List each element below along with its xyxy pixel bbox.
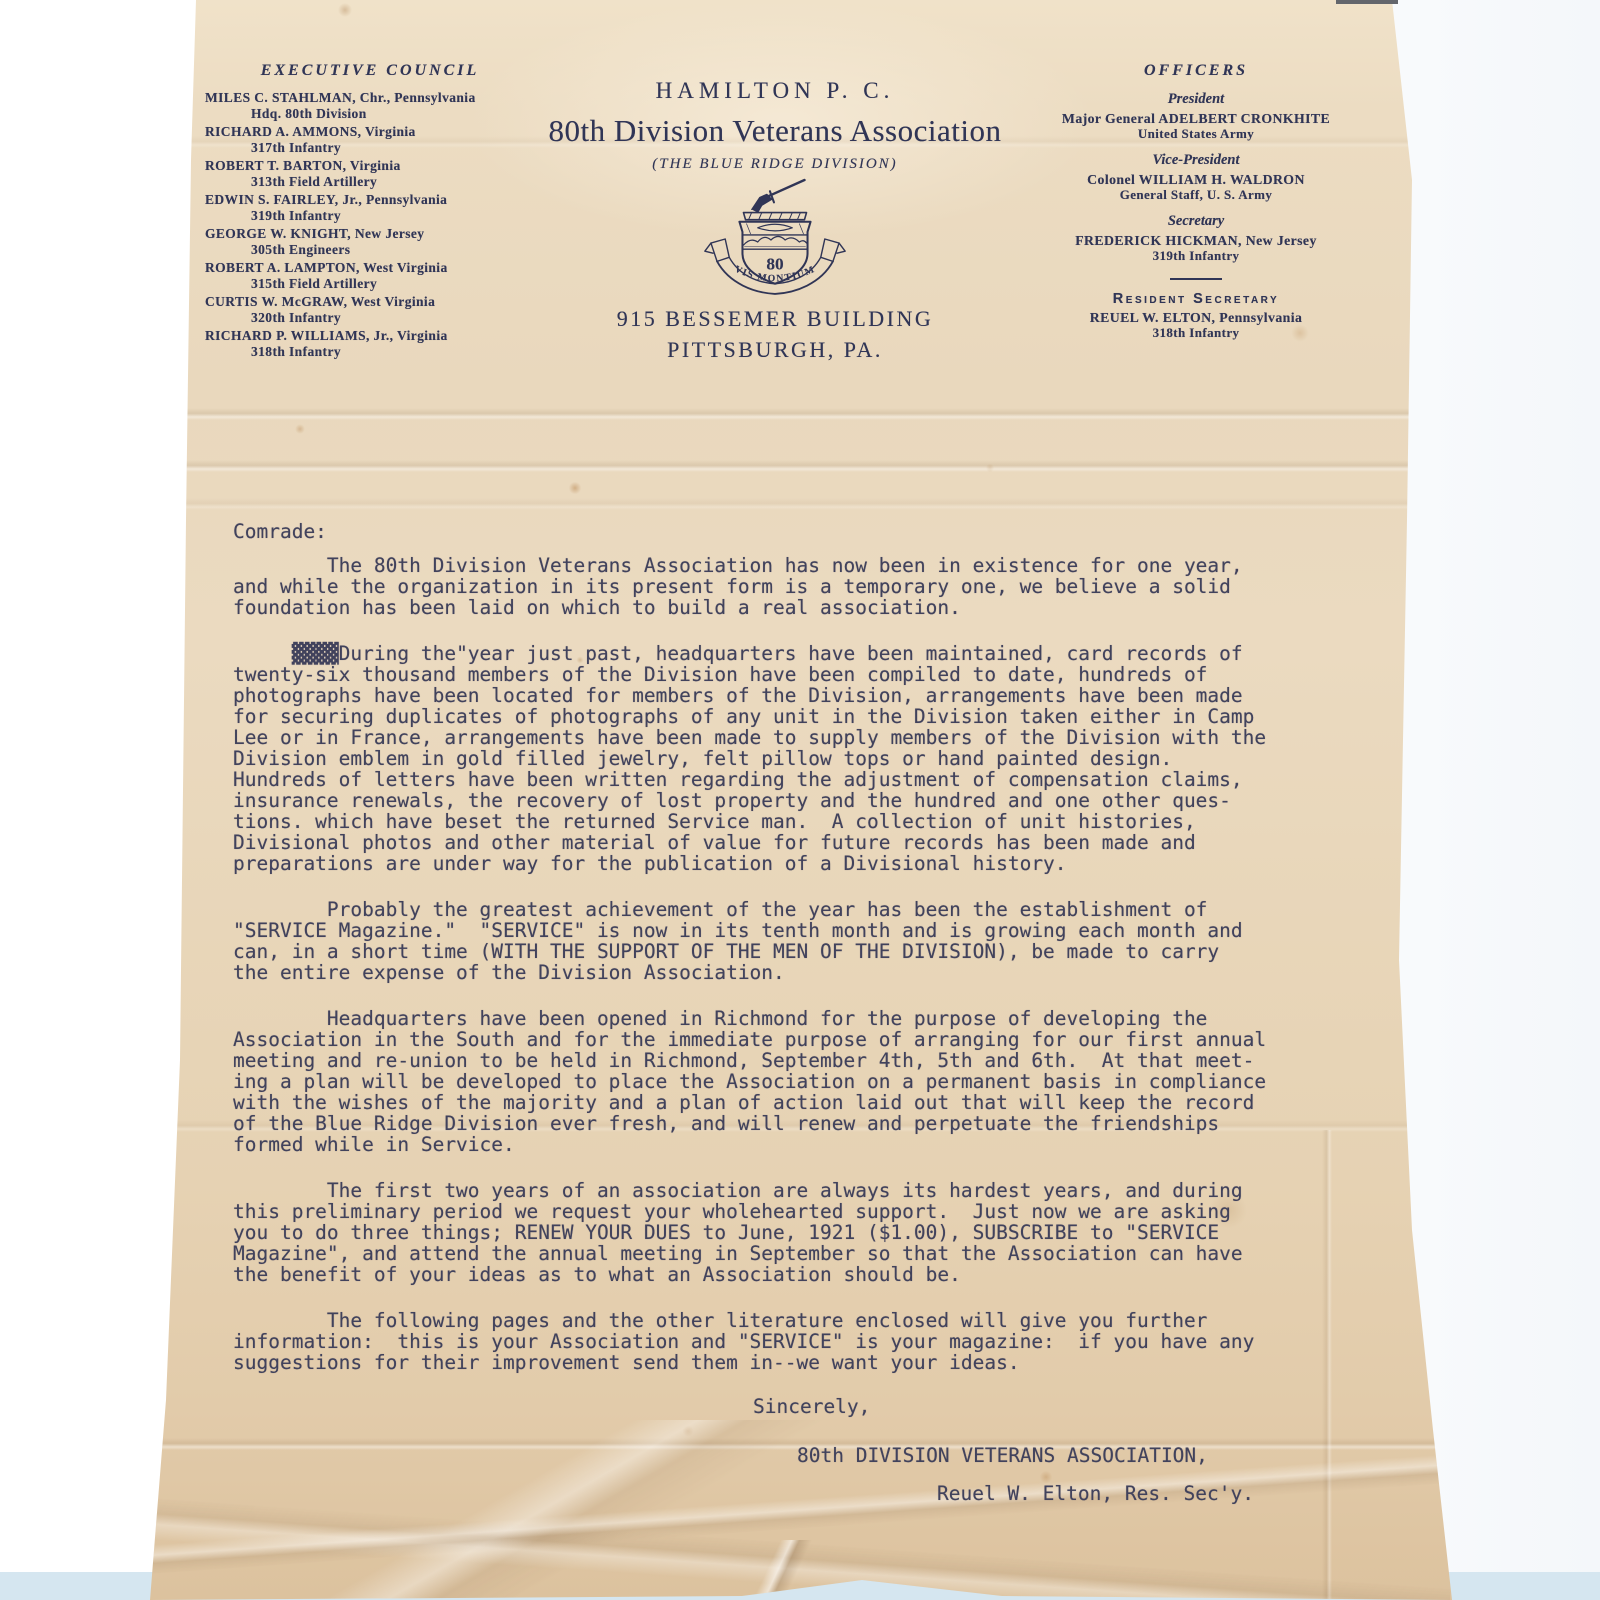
member-name: ROBERT A. LAMPTON, West Virginia	[205, 260, 535, 276]
fold-crease	[0, 460, 1600, 472]
paragraph-5: The first two years of an association ar…	[233, 1180, 1393, 1285]
executive-council-title: EXECUTIVE COUNCIL	[205, 62, 535, 80]
officers-panel: OFFICERS President Major General ADELBER…	[1028, 62, 1364, 340]
officers-title: OFFICERS	[1028, 62, 1364, 80]
council-member: GEORGE W. KNIGHT, New Jersey 305th Engin…	[205, 226, 535, 257]
member-name: MILES C. STAHLMAN, Chr., Pennsylvania	[205, 90, 535, 106]
paragraph-6: The following pages and the other litera…	[233, 1310, 1393, 1373]
officer-role: President	[1028, 91, 1364, 108]
fold-crease	[0, 408, 1600, 420]
member-unit: Hdq. 80th Division	[205, 106, 535, 122]
division-crest-icon: 80 VIS MONTIUM	[690, 178, 860, 300]
officer-name: FREDERICK HICKMAN, New Jersey	[1028, 233, 1364, 248]
council-member: CURTIS W. McGRAW, West Virginia 320th In…	[205, 294, 535, 325]
officer-detail: General Staff, U. S. Army	[1028, 187, 1364, 202]
officer-entry: Vice-President Colonel WILLIAM H. WALDRO…	[1028, 152, 1364, 202]
crest-number: 80	[766, 255, 783, 274]
officer-detail: 319th Infantry	[1028, 248, 1364, 263]
paragraph-3: Probably the greatest achievement of the…	[233, 899, 1393, 983]
executive-council: EXECUTIVE COUNCIL MILES C. STAHLMAN, Chr…	[205, 62, 535, 362]
salutation: Comrade:	[233, 521, 1393, 542]
organization-name: 80th Division Veterans Association	[520, 113, 1030, 149]
officer-name: REUEL W. ELTON, Pennsylvania	[1028, 310, 1364, 325]
member-name: GEORGE W. KNIGHT, New Jersey	[205, 226, 535, 242]
masthead-line1: HAMILTON P. C.	[520, 78, 1030, 104]
signature-organization: 80th DIVISION VETERANS ASSOCIATION,	[797, 1444, 1208, 1467]
letter-page: EXECUTIVE COUNCIL MILES C. STAHLMAN, Chr…	[0, 0, 1600, 1600]
scan-edge-artifact	[1336, 0, 1398, 4]
organization-subtitle: (THE BLUE RIDGE DIVISION)	[520, 156, 1030, 173]
council-member: MILES C. STAHLMAN, Chr., Pennsylvania Hd…	[205, 90, 535, 121]
officer-detail: United States Army	[1028, 126, 1364, 141]
paragraph-1: The 80th Division Veterans Association h…	[233, 555, 1393, 618]
member-name: EDWIN S. FAIRLEY, Jr., Pennsylvania	[205, 192, 535, 208]
council-member: RICHARD A. AMMONS, Virginia 317th Infant…	[205, 124, 535, 155]
signature-name: Reuel W. Elton, Res. Sec'y.	[937, 1482, 1254, 1505]
masthead: HAMILTON P. C. 80th Division Veterans As…	[520, 78, 1030, 363]
resident-secretary-title: Resident Secretary	[1028, 291, 1364, 307]
member-unit: 317th Infantry	[205, 140, 535, 156]
paragraph-4: Headquarters have been opened in Richmon…	[233, 1008, 1393, 1155]
officer-role: Vice-President	[1028, 152, 1364, 169]
council-member: RICHARD P. WILLIAMS, Jr., Virginia 318th…	[205, 328, 535, 359]
scanned-letter-screenshot: { "colors":{"paper":"#e9d8bd","letterhea…	[0, 0, 1600, 1600]
paragraph-2: ▓▓▓▓During the"year just past, headquart…	[233, 643, 1393, 874]
member-name: ROBERT T. BARTON, Virginia	[205, 158, 535, 174]
member-unit: 320th Infantry	[205, 310, 535, 326]
letter-body: Comrade: The 80th Division Veterans Asso…	[233, 521, 1393, 1398]
officer-entry: Secretary FREDERICK HICKMAN, New Jersey …	[1028, 213, 1364, 263]
member-name: RICHARD P. WILLIAMS, Jr., Virginia	[205, 328, 535, 344]
member-unit: 313th Field Artillery	[205, 174, 535, 190]
member-unit: 319th Infantry	[205, 208, 535, 224]
officer-name: Major General ADELBERT CRONKHITE	[1028, 111, 1364, 126]
member-name: RICHARD A. AMMONS, Virginia	[205, 124, 535, 140]
member-unit: 305th Engineers	[205, 242, 535, 258]
closing: Sincerely,	[753, 1395, 870, 1418]
officer-role: Secretary	[1028, 213, 1364, 230]
member-name: CURTIS W. McGRAW, West Virginia	[205, 294, 535, 310]
officer-detail: 318th Infantry	[1028, 325, 1364, 340]
crest-container: 80 VIS MONTIUM	[520, 178, 1030, 300]
member-unit: 315th Field Artillery	[205, 276, 535, 292]
officer-entry: President Major General ADELBERT CRONKHI…	[1028, 91, 1364, 141]
council-member: ROBERT A. LAMPTON, West Virginia 315th F…	[205, 260, 535, 291]
council-member: EDWIN S. FAIRLEY, Jr., Pennsylvania 319t…	[205, 192, 535, 223]
officers-divider	[1170, 278, 1222, 280]
resident-secretary-entry: Resident Secretary REUEL W. ELTON, Penns…	[1028, 291, 1364, 340]
officer-name: Colonel WILLIAM H. WALDRON	[1028, 172, 1364, 187]
council-member: ROBERT T. BARTON, Virginia 313th Field A…	[205, 158, 535, 189]
member-unit: 318th Infantry	[205, 344, 535, 360]
address-line2: PITTSBURGH, PA.	[520, 337, 1030, 363]
address-line1: 915 BESSEMER BUILDING	[520, 306, 1030, 332]
fold-crease	[0, 498, 1600, 510]
